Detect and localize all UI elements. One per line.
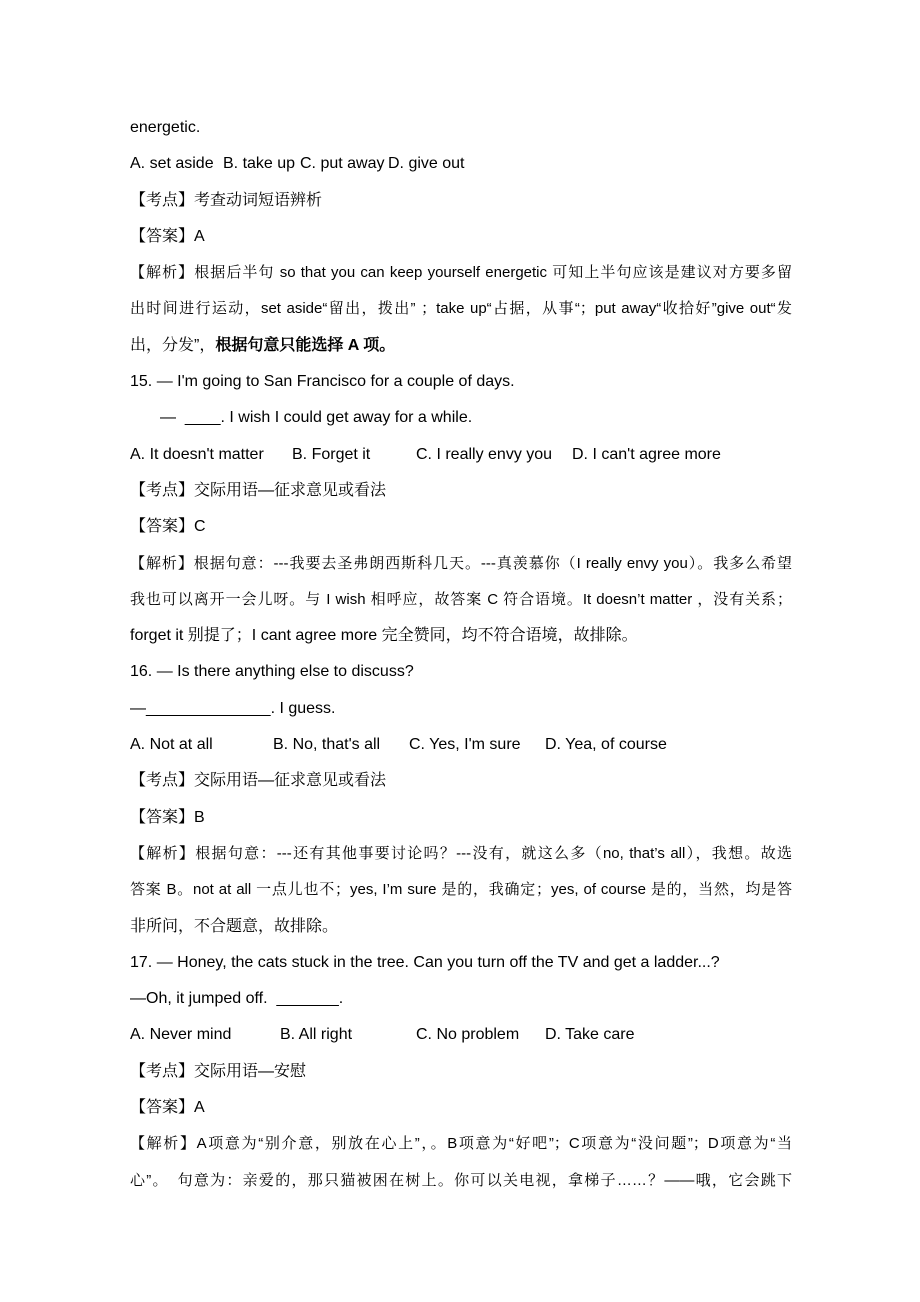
question-17-analysis-line: 【解析】A项意为“别介意，别放在心上”，。B项意为“好吧”；C项意为“没问题”；… [130,1126,792,1162]
question-15-stem: 15. — I'm going to San Francisco for a c… [130,364,792,400]
question-14-options: A. set aside B. take up C. put away D. g… [130,146,792,182]
question-14-stem-tail: energetic. [130,110,792,146]
option-a: A. Not at all [130,727,213,763]
analysis-tail-bold: 根据句意只能选择 A 项。 [215,337,395,354]
question-15-stem-reply: — ____. I wish I could get away for a wh… [130,400,792,436]
question-15-kaodian: 【考点】交际用语—征求意见或看法 [130,473,792,509]
option-d: D. I can't agree more [572,437,721,473]
question-16-stem: 16. — Is there anything else to discuss? [130,654,792,690]
option-b: B. No, that's all [273,727,380,763]
question-16-analysis-line: 【解析】根据句意：---还有其他事要讨论吗？---没有，就这么多（no, tha… [130,836,792,872]
question-15-analysis-line: 【解析】根据句意：---我要去圣弗朗西斯科几天。---真羡慕你（I really… [130,546,792,582]
option-b: B. All right [280,1017,352,1053]
option-d: D. Yea, of course [545,727,667,763]
option-a: A. It doesn't matter [130,437,264,473]
question-16-analysis-line: 答案 B。not at all 一点儿也不；yes, I’m sure 是的，我… [130,872,792,908]
question-14-analysis-tail: 出，分发”，根据句意只能选择 A 项。 [130,328,792,364]
question-14-analysis-line: 【解析】根据后半句 so that you can keep yourself … [130,255,792,291]
question-17-answer: 【答案】A [130,1090,792,1126]
option-c: C. Yes, I'm sure [409,727,521,763]
question-16-answer: 【答案】B [130,800,792,836]
option-b: B. take up [223,146,295,182]
document-page: energetic. A. set aside B. take up C. pu… [0,0,920,1302]
option-d: D. Take care [545,1017,635,1053]
analysis-tail-regular: 出，分发”， [130,337,215,354]
option-a: A. set aside [130,146,214,182]
question-15-analysis-line: forget it 别提了；I cant agree more 完全赞同，均不符… [130,618,792,654]
document-content: energetic. A. set aside B. take up C. pu… [130,110,792,1199]
option-a: A. Never mind [130,1017,231,1053]
option-c: C. I really envy you [416,437,552,473]
question-14-answer: 【答案】A [130,219,792,255]
question-16-kaodian: 【考点】交际用语—征求意见或看法 [130,763,792,799]
question-16-analysis-line: 非所问，不合题意，故排除。 [130,909,792,945]
question-16-options: A. Not at all B. No, that's all C. Yes, … [130,727,792,763]
question-17-stem: 17. — Honey, the cats stuck in the tree.… [130,945,792,981]
question-14-kaodian: 【考点】考查动词短语辨析 [130,183,792,219]
question-15-analysis-line: 我也可以离开一会儿呀。与 I wish 相呼应，故答案 C 符合语境。It do… [130,582,792,618]
question-17-kaodian: 【考点】交际用语—安慰 [130,1054,792,1090]
question-17-stem-reply: —Oh, it jumped off. _______. [130,981,792,1017]
option-c: C. No problem [416,1017,519,1053]
option-d: D. give out [388,146,464,182]
question-14-analysis-line: 出时间进行运动，set aside“留出，拨出” ；take up“占据，从事“… [130,291,792,327]
question-15-options: A. It doesn't matter B. Forget it C. I r… [130,437,792,473]
question-15-answer: 【答案】C [130,509,792,545]
option-c: C. put away [300,146,384,182]
question-17-options: A. Never mind B. All right C. No problem… [130,1017,792,1053]
question-17-analysis-line: 心”。 句意为：亲爱的，那只猫被困在树上。你可以关电视，拿梯子……？——哦，它会… [130,1163,792,1199]
option-b: B. Forget it [292,437,370,473]
question-16-stem-reply: —______________. I guess. [130,691,792,727]
